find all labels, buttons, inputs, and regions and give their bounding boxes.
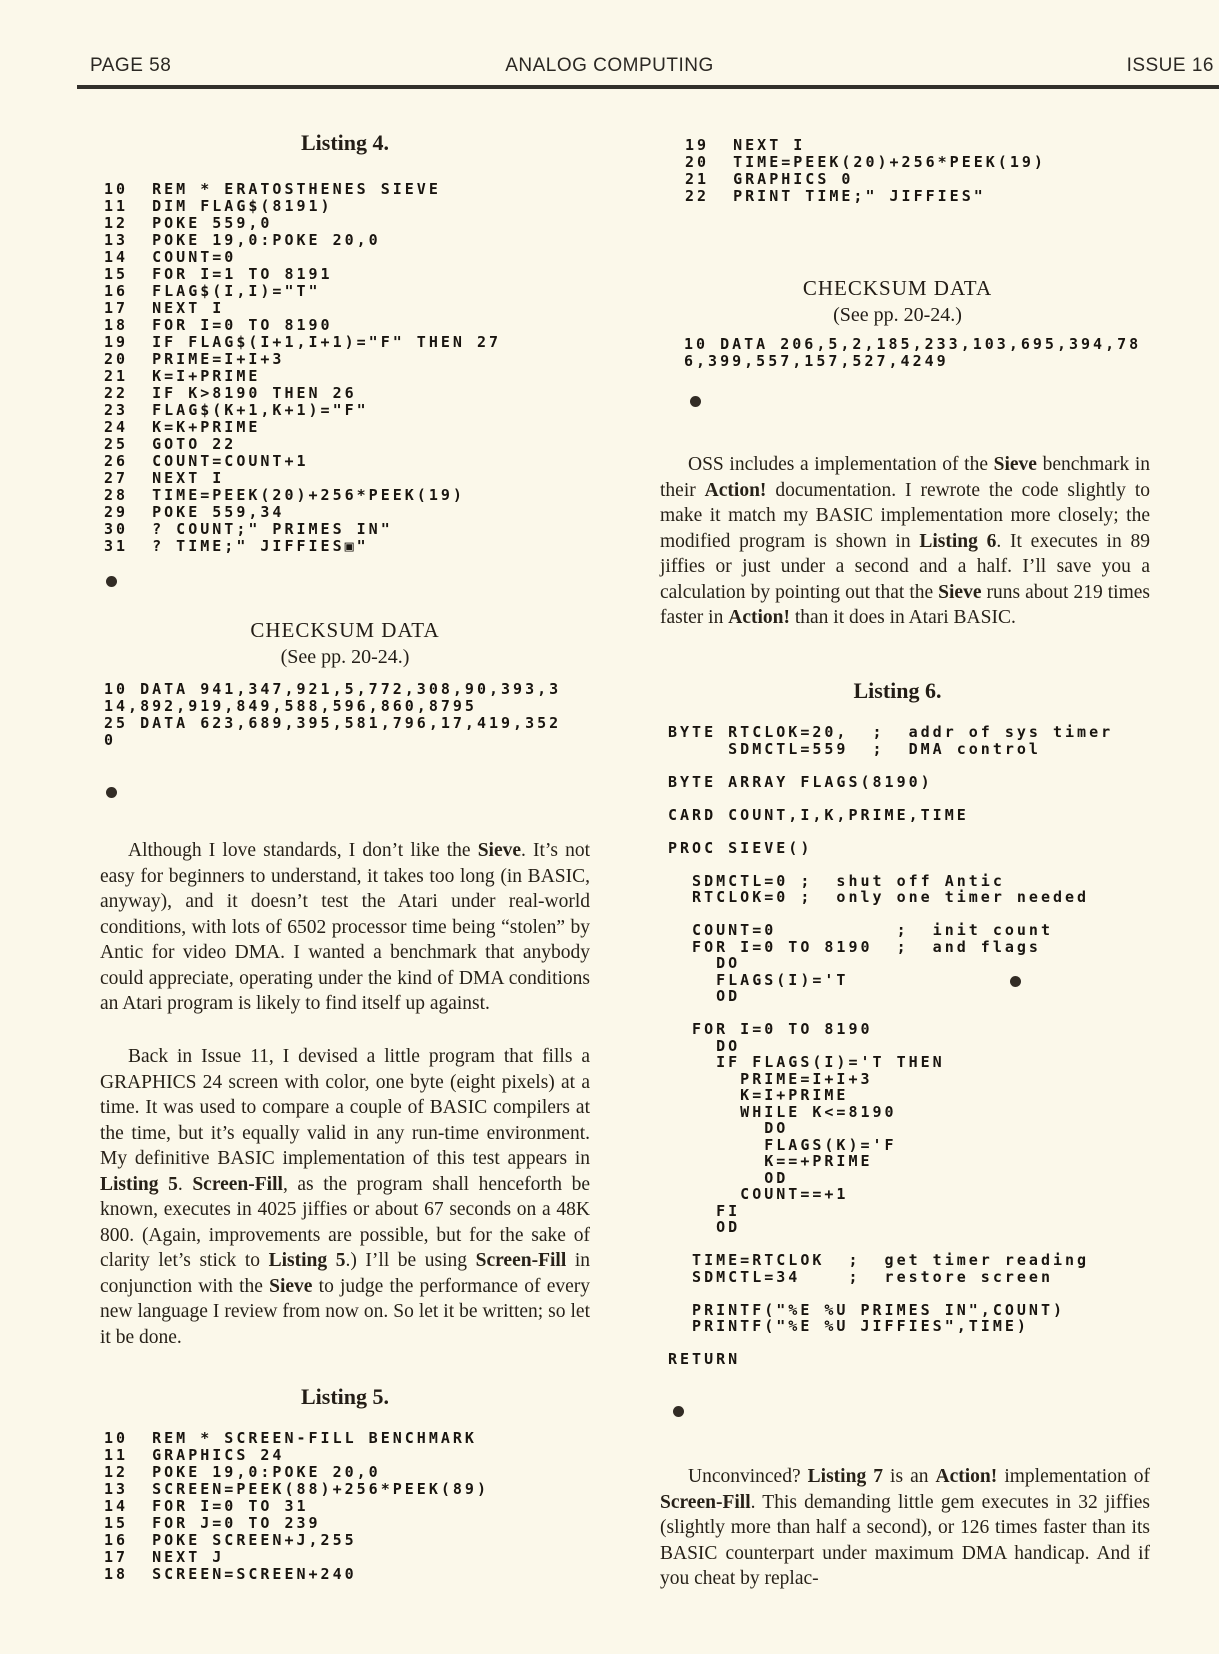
checksum1-subtitle: (See pp. 20-24.) [100, 646, 590, 669]
checksum2-code: 10 DATA 206,5,2,185,233,103,695,394,78 6… [684, 336, 1141, 370]
section-end-bullet-icon [690, 396, 701, 407]
listing6-title: Listing 6. [655, 678, 1140, 704]
section-end-bullet-icon [106, 787, 117, 798]
section-end-bullet-icon [106, 576, 117, 587]
section-end-bullet-icon [673, 1406, 684, 1417]
body-paragraph-unconvinced: Unconvinced? Listing 7 is an Action! imp… [660, 1464, 1150, 1592]
magazine-page: PAGE 58 ANALOG COMPUTING ISSUE 16 Listin… [0, 0, 1219, 1654]
checksum1-title: CHECKSUM DATA [100, 618, 590, 643]
listing4-title: Listing 4. [100, 130, 590, 156]
header-rule [77, 85, 1219, 89]
inline-bullet-icon [1010, 976, 1021, 987]
header-issue-number: ISSUE 16 [1127, 55, 1214, 77]
listing5-code: 10 REM * SCREEN-FILL BENCHMARK 11 GRAPHI… [104, 1430, 489, 1583]
header-magazine-title: ANALOG COMPUTING [0, 55, 1219, 77]
listing4-code: 10 REM * ERATOSTHENES SIEVE 11 DIM FLAG$… [104, 181, 501, 555]
body-paragraph-sieve-critique: Although I love standards, I don’t like … [100, 838, 590, 1017]
listing5-continuation-code: 19 NEXT I 20 TIME=PEEK(20)+256*PEEK(19) … [685, 137, 1046, 205]
checksum2-subtitle: (See pp. 20-24.) [655, 304, 1140, 327]
checksum2-title: CHECKSUM DATA [655, 276, 1140, 301]
checksum1-code: 10 DATA 941,347,921,5,772,308,90,393,3 1… [104, 681, 561, 749]
body-paragraph-screenfill-intro: Back in Issue 11, I devised a little pro… [100, 1044, 590, 1350]
listing6-code: BYTE RTCLOK=20, ; addr of sys timer SDMC… [668, 724, 1113, 1368]
body-paragraph-oss-action: OSS includes a implementation of the Sie… [660, 452, 1150, 631]
listing5-title: Listing 5. [100, 1384, 590, 1410]
